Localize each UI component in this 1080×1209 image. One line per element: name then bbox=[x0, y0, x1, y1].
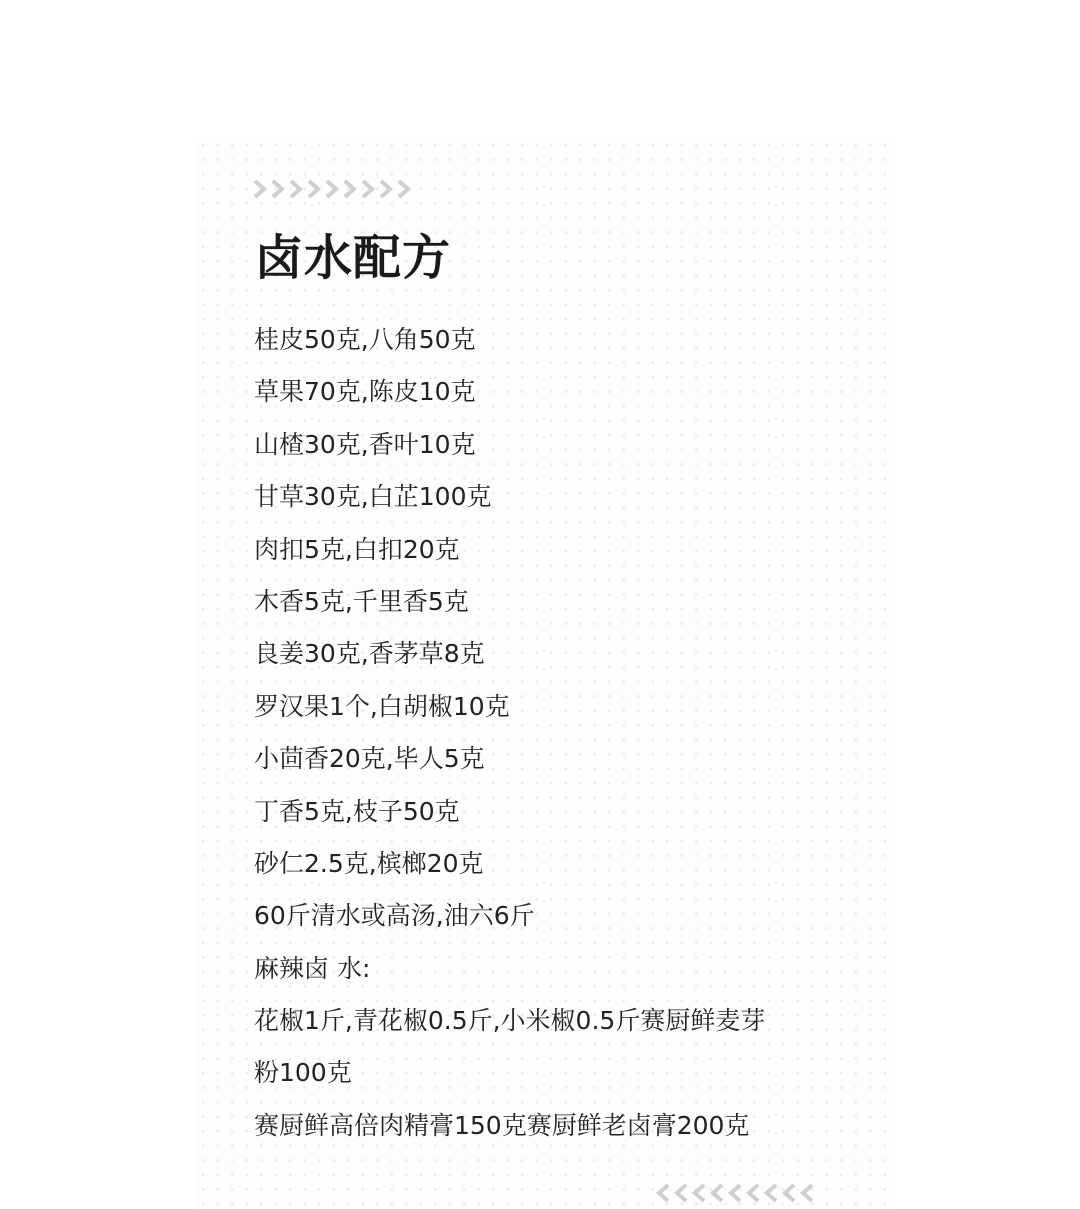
list-item: 山楂30克,香叶10克 bbox=[254, 421, 765, 473]
chevron-right-icon bbox=[270, 178, 286, 200]
ingredient-list: 桂皮50克,八角50克 草果70克,陈皮10克 山楂30克,香叶10克 甘草30… bbox=[254, 316, 765, 1154]
list-item: 丁香5克,枝子50克 bbox=[254, 788, 765, 840]
list-item: 赛厨鲜高倍肉精膏150克赛厨鲜老卤膏200克 bbox=[254, 1102, 765, 1154]
list-item: 罗汉果1个,白胡椒10克 bbox=[254, 683, 765, 735]
chevron-right-icon bbox=[324, 178, 340, 200]
chevron-left-icon bbox=[673, 1182, 689, 1204]
bottom-chevron-row bbox=[655, 1182, 815, 1204]
list-item: 花椒1斤,青花椒0.5斤,小米椒0.5斤赛厨鲜麦芽 bbox=[254, 997, 765, 1049]
chevron-right-icon bbox=[396, 178, 412, 200]
chevron-left-icon bbox=[745, 1182, 761, 1204]
chevron-left-icon bbox=[727, 1182, 743, 1204]
list-item: 木香5克,千里香5克 bbox=[254, 578, 765, 630]
top-chevron-row bbox=[252, 178, 412, 200]
chevron-right-icon bbox=[288, 178, 304, 200]
list-item: 甘草30克,白芷100克 bbox=[254, 473, 765, 525]
chevron-right-icon bbox=[342, 178, 358, 200]
list-item: 小茴香20克,毕人5克 bbox=[254, 735, 765, 787]
page-title: 卤水配方 bbox=[255, 226, 451, 290]
list-item: 草果70克,陈皮10克 bbox=[254, 368, 765, 420]
chevron-left-icon bbox=[781, 1182, 797, 1204]
chevron-left-icon bbox=[655, 1182, 671, 1204]
chevron-left-icon bbox=[691, 1182, 707, 1204]
list-item: 砂仁2.5克,槟榔20克 bbox=[254, 840, 765, 892]
chevron-left-icon bbox=[709, 1182, 725, 1204]
chevron-right-icon bbox=[360, 178, 376, 200]
chevron-right-icon bbox=[252, 178, 268, 200]
list-item: 肉扣5克,白扣20克 bbox=[254, 526, 765, 578]
list-item: 粉100克 bbox=[254, 1049, 765, 1101]
list-item: 60斤清水或高汤,油六6斤 bbox=[254, 892, 765, 944]
list-item: 良姜30克,香茅草8克 bbox=[254, 630, 765, 682]
chevron-left-icon bbox=[763, 1182, 779, 1204]
list-item: 桂皮50克,八角50克 bbox=[254, 316, 765, 368]
chevron-right-icon bbox=[378, 178, 394, 200]
chevron-left-icon bbox=[799, 1182, 815, 1204]
section-heading: 麻辣卤 水: bbox=[254, 945, 765, 997]
chevron-right-icon bbox=[306, 178, 322, 200]
